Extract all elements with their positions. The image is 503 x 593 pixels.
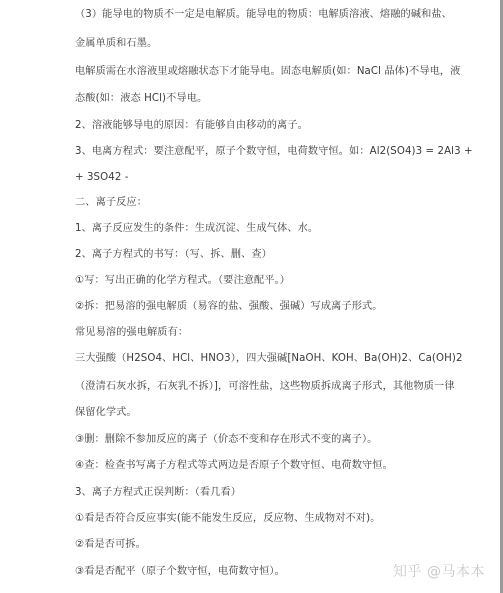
text-line: 态酸(如：液态 HCl)不导电。 [75,92,207,106]
text-line: 电解质需在水溶液里或熔融状态下才能导电。固态电解质(如：NaCl 晶体)不导电，… [75,65,460,79]
document-page: （3）能导电的物质不一定是电解质。能导电的物质：电解质溶液、熔融的碱和盐、 金属… [0,0,500,593]
text-line: ②拆：把易溶的强电解质（易容的盐、强酸、强碱）写成离子形式。 [75,300,383,314]
text-line: 1、离子反应发生的条件：生成沉淀、生成气体、水。 [75,222,318,236]
text-line: ①写：写出正确的化学方程式。（要注意配平。） [75,274,290,288]
text-line: 3、离子方程式正误判断：（看几看） [75,486,241,500]
text-line: 常见易溶的强电解质有： [75,326,188,340]
text-line: ④查：检查书写离子方程式等式两边是否原子个数守恒、电荷数守恒。 [75,459,393,473]
text-line: （澄清石灰水拆，石灰乳不拆）]，可溶性盐，这些物质拆成离子形式，其他物质一律 [75,380,455,394]
text-line: ①看是否符合反应事实(能不能发生反应，反应物、生成物对不对)。 [75,512,380,526]
text-line: + 3SO42 - [75,171,129,185]
section-heading: 二、离子反应： [75,196,147,210]
text-line: 保留化学式。 [75,406,137,420]
text-line: ③看是否配平（原子个数守恒，电荷数守恒）。 [75,565,285,579]
watermark: 知乎 @马本本 [393,561,485,581]
text-line: 2、离子方程式的书写：（写、拆、删、查） [75,248,272,262]
text-line: ②看是否可拆。 [75,538,146,552]
text-line: 3、电离方程式：要注意配平，原子个数守恒，电荷数守恒。如：Al2(SO4)3 =… [75,145,473,159]
text-line: （3）能导电的物质不一定是电解质。能导电的物质：电解质溶液、熔融的碱和盐、 [75,8,452,22]
text-line: ③删：删除不参加反应的离子（价态不变和存在形式不变的离子）。 [75,433,377,447]
text-line: 2、溶液能够导电的原因：有能够自由移动的离子。 [75,119,308,133]
text-line: 金属单质和石墨。 [75,37,157,51]
text-line: 三大强酸（H2SO4、HCl、HNO3），四大强碱[NaOH、KOH、Ba(OH… [75,352,463,366]
